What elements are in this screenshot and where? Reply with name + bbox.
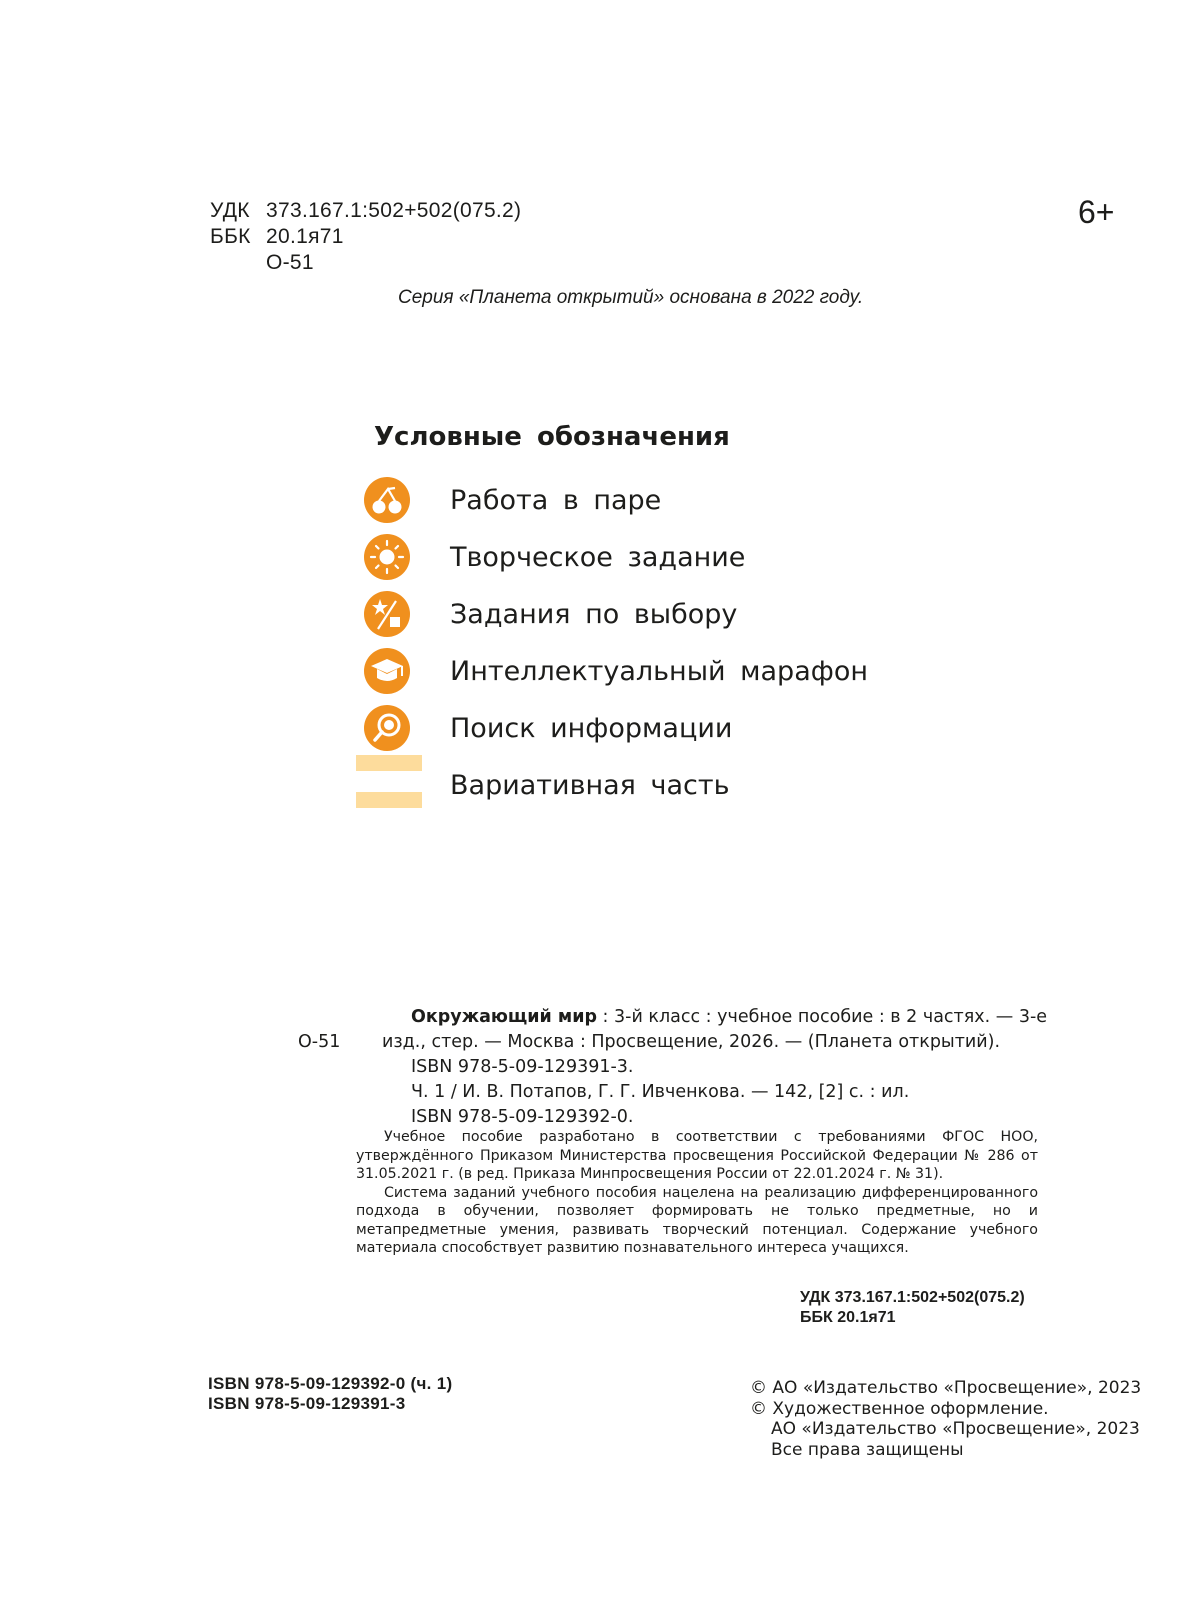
- age-rating: 6+: [1078, 194, 1114, 231]
- udk-label: УДК: [210, 198, 266, 224]
- annotation-paragraph-1: Учебное пособие разработано в соответств…: [356, 1128, 1038, 1184]
- legend-item-intellectual-marathon: Интеллектуальный марафон: [364, 646, 410, 696]
- graduation-cap-icon: [364, 648, 410, 694]
- udk-bottom: УДК 373.167.1:502+502(075.2): [800, 1288, 1025, 1308]
- copyright-line-2: © Художественное оформление.: [750, 1399, 1141, 1420]
- legend-label: Творческое задание: [450, 542, 745, 573]
- legend-label: Задания по выбору: [450, 599, 737, 630]
- legend-item-info-search: Поиск информации: [364, 703, 410, 753]
- copyright-block: © АО «Издательство «Просвещение», 2023 ©…: [750, 1378, 1141, 1460]
- annotation-paragraph-2: Система заданий учебного пособия нацелен…: [356, 1184, 1038, 1258]
- star-square-choice-icon: [364, 591, 410, 637]
- udk-value: 373.167.1:502+502(075.2): [266, 198, 521, 224]
- biblio-line-1: : 3-й класс : учебное пособие : в 2 част…: [597, 1007, 1047, 1027]
- bbk-bottom: ББК 20.1я71: [800, 1308, 1025, 1328]
- cherries-icon: [364, 477, 410, 523]
- biblio-line-2: изд., стер. — Москва : Просвещение, 2026…: [382, 1032, 1000, 1052]
- legend-label: Интеллектуальный марафон: [450, 656, 868, 687]
- bbk-value: 20.1я71: [266, 224, 344, 250]
- author-code-left: О-51: [298, 1030, 340, 1055]
- legend-item-pair-work: Работа в паре: [364, 475, 410, 525]
- biblio-line-3: ISBN 978-5-09-129391-3.: [298, 1055, 1038, 1080]
- sun-icon: [364, 534, 410, 580]
- copyright-line-1: © АО «Издательство «Просвещение», 2023: [750, 1378, 1141, 1399]
- series-note: Серия «Планета открытий» основана в 2022…: [398, 287, 863, 309]
- legend-label: Работа в паре: [450, 485, 661, 516]
- magnifier-icon: [364, 705, 410, 751]
- annotation: Учебное пособие разработано в соответств…: [356, 1128, 1038, 1258]
- biblio-line-4: Ч. 1 / И. В. Потапов, Г. Г. Ивченкова. —…: [298, 1080, 1038, 1105]
- copyright-line-3: АО «Издательство «Просвещение», 2023: [750, 1419, 1141, 1440]
- book-title: Окружающий мир: [411, 1007, 597, 1027]
- classification-block: УДК373.167.1:502+502(075.2) ББК20.1я71 О…: [210, 198, 521, 276]
- variant-bars-icon: [356, 760, 422, 810]
- isbn-block: ISBN 978-5-09-129392-0 (ч. 1) ISBN 978-5…: [208, 1374, 452, 1414]
- author-code: О-51: [266, 250, 314, 276]
- legend-label: Вариативная часть: [450, 770, 730, 801]
- legend-label: Поиск информации: [450, 713, 732, 744]
- isbn-set: ISBN 978-5-09-129391-3: [208, 1394, 452, 1414]
- udk-bbk-bottom: УДК 373.167.1:502+502(075.2) ББК 20.1я71: [800, 1288, 1025, 1328]
- rights-reserved: Все права защищены: [750, 1440, 1141, 1461]
- biblio-line-5: ISBN 978-5-09-129392-0.: [298, 1105, 1038, 1130]
- legend-title: Условные обозначения: [374, 422, 730, 452]
- isbn-part: ISBN 978-5-09-129392-0 (ч. 1): [208, 1374, 452, 1394]
- legend-item-creative-task: Творческое задание: [364, 532, 410, 582]
- bibliographic-record: Окружающий мир : 3-й класс : учебное пос…: [298, 1005, 1038, 1130]
- bbk-label: ББК: [210, 224, 266, 250]
- legend-item-choice-tasks: Задания по выбору: [364, 589, 410, 639]
